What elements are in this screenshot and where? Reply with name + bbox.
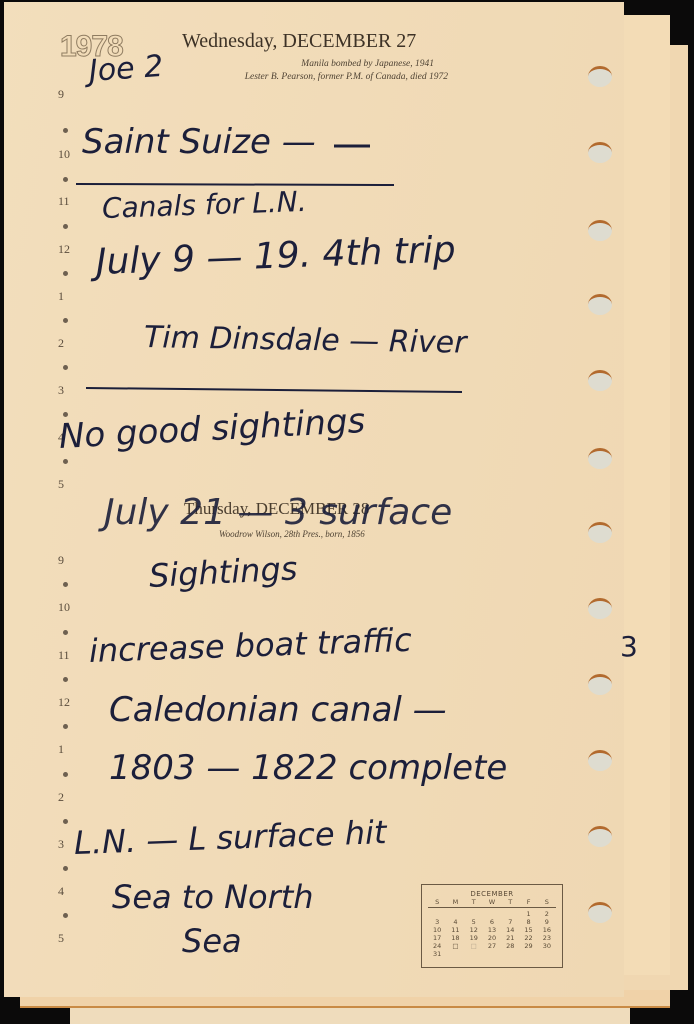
- calendar-day: 2: [538, 910, 556, 918]
- calendar-day: 10: [428, 926, 446, 934]
- calendar-day: 30: [538, 942, 556, 950]
- calendar-day: 1: [519, 910, 537, 918]
- calendar-day: 11: [446, 926, 464, 934]
- calendar-day: 5: [465, 918, 483, 926]
- calendar-weekdays: S M T W T F S: [428, 898, 556, 908]
- calendar-day: 27: [483, 942, 501, 950]
- calendar-day: 18: [446, 934, 464, 942]
- weekday: S: [538, 898, 556, 906]
- pen-strokes: [4, 2, 624, 997]
- mini-calendar: DECEMBER S M T W T F S 1 2 3 4 5 6 7 8 9…: [421, 884, 563, 968]
- calendar-day: 17: [428, 934, 446, 942]
- calendar-day: [446, 910, 464, 918]
- weekday: S: [428, 898, 446, 906]
- calendar-month: DECEMBER: [422, 890, 562, 898]
- calendar-day: [465, 910, 483, 918]
- calendar-day-next-box: □: [465, 942, 483, 950]
- calendar-day: 4: [446, 918, 464, 926]
- calendar-day: 29: [519, 942, 537, 950]
- calendar-day: 21: [501, 934, 519, 942]
- calendar-day: 16: [538, 926, 556, 934]
- divider-stroke: [86, 388, 462, 392]
- calendar-day: 22: [519, 934, 537, 942]
- calendar-day: 3: [428, 918, 446, 926]
- calendar-day: 24: [428, 942, 446, 950]
- calendar-day: [483, 910, 501, 918]
- calendar-day: 23: [538, 934, 556, 942]
- diary-page: 1978 Wednesday, DECEMBER 27 Manila bombe…: [4, 2, 624, 997]
- calendar-day: 8: [519, 918, 537, 926]
- calendar-days: 1 2 3 4 5 6 7 8 9 10 11 12 13 14 15 16 1…: [428, 910, 556, 958]
- weekday: T: [465, 898, 483, 906]
- calendar-day: 13: [483, 926, 501, 934]
- weekday: T: [501, 898, 519, 906]
- weekday: F: [519, 898, 537, 906]
- calendar-day-current-box: □: [446, 942, 464, 950]
- calendar-day: 9: [538, 918, 556, 926]
- calendar-day: 19: [465, 934, 483, 942]
- weekday: M: [446, 898, 464, 906]
- divider-stroke: [76, 184, 394, 185]
- calendar-day: 12: [465, 926, 483, 934]
- calendar-day: [501, 910, 519, 918]
- calendar-day: [428, 910, 446, 918]
- calendar-day: 6: [483, 918, 501, 926]
- calendar-day: 7: [501, 918, 519, 926]
- calendar-day: 28: [501, 942, 519, 950]
- calendar-day: 20: [483, 934, 501, 942]
- weekday: W: [483, 898, 501, 906]
- calendar-day: 14: [501, 926, 519, 934]
- calendar-day: 15: [519, 926, 537, 934]
- calendar-day: 31: [428, 950, 446, 958]
